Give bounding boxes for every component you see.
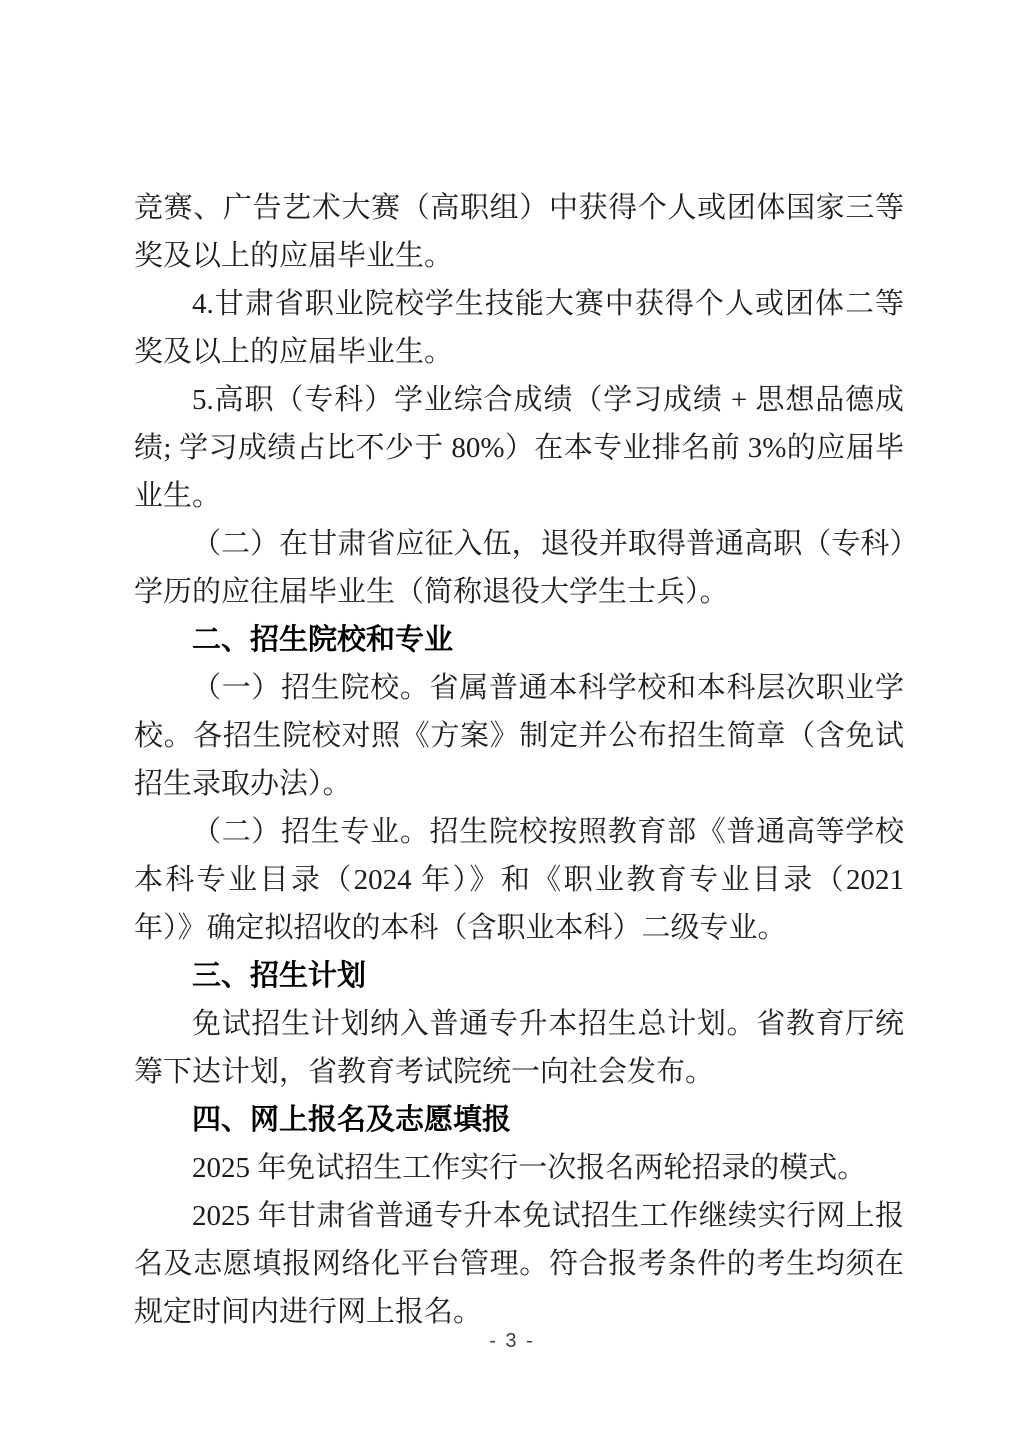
document-body: 竞赛、广告艺术大赛（高职组）中获得个人或团体国家三等奖及以上的应届毕业生。 4.… [134,184,904,1336]
paragraph-retired-soldiers: （二）在甘肃省应征入伍，退役并取得普通高职（专科）学历的应往届毕业生（简称退役大… [134,520,904,616]
paragraph-enrolling-majors: （二）招生专业。招生院校按照教育部《普通高等学校本科专业目录（2024 年）》和… [134,808,904,952]
paragraph-item-4: 4.甘肃省职业院校学生技能大赛中获得个人或团体二等奖及以上的应届毕业生。 [134,280,904,376]
paragraph-continuation: 竞赛、广告艺术大赛（高职组）中获得个人或团体国家三等奖及以上的应届毕业生。 [134,184,904,280]
paragraph-enrollment-plan: 免试招生计划纳入普通专升本招生总计划。省教育厅统筹下达计划，省教育考试院统一向社… [134,1000,904,1096]
paragraph-enrolling-schools: （一）招生院校。省属普通本科学校和本科层次职业学校。各招生院校对照《方案》制定并… [134,664,904,808]
section-heading-2: 二、招生院校和专业 [134,616,904,664]
section-heading-3: 三、招生计划 [134,952,904,1000]
paragraph-item-5: 5.高职（专科）学业综合成绩（学习成绩 + 思想品德成绩; 学习成绩占比不少于 … [134,376,904,520]
document-page: 竞赛、广告艺术大赛（高职组）中获得个人或团体国家三等奖及以上的应届毕业生。 4.… [0,0,1024,1448]
paragraph-online-registration: 2025 年甘肃省普通专升本免试招生工作继续实行网上报名及志愿填报网络化平台管理… [134,1192,904,1336]
page-number: - 3 - [0,1330,1024,1353]
paragraph-registration-mode: 2025 年免试招生工作实行一次报名两轮招录的模式。 [134,1144,904,1192]
section-heading-4: 四、网上报名及志愿填报 [134,1096,904,1144]
